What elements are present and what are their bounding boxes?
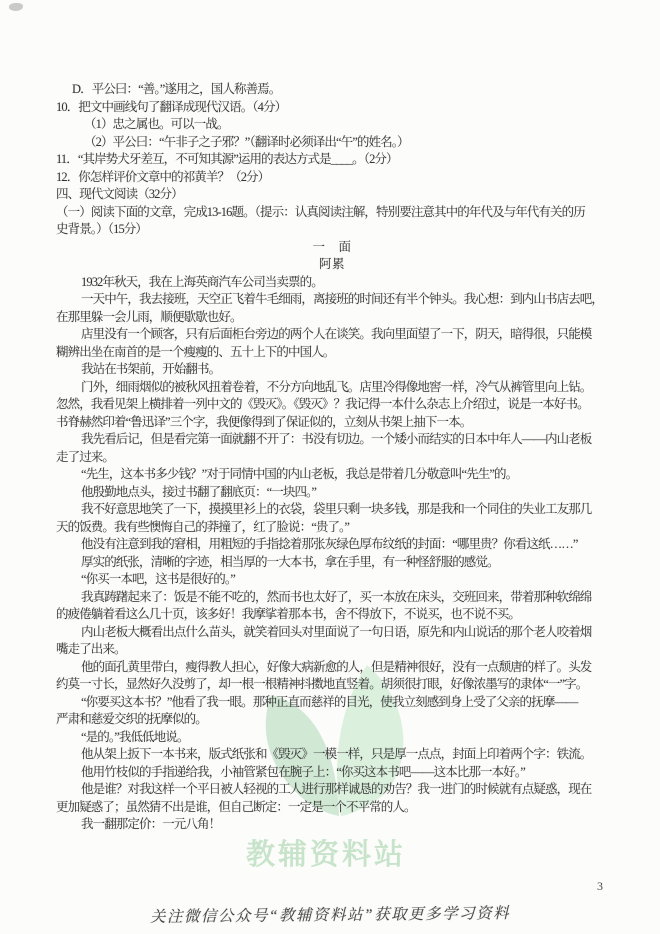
text-line: 他殷勤地点头，接过书翻了翻底页：“一块四。” bbox=[56, 484, 608, 502]
text-line: 他的面孔黄里带白，瘦得教人担心，好像大病新愈的人，但是精神很好，没有一点颓唐的样… bbox=[56, 659, 608, 677]
watermark-brand-text: 教辅资料站 bbox=[246, 832, 416, 873]
text-line: （2）平公曰：“午非子之子邪？”（翻译时必须译出“午”的姓名。） bbox=[56, 134, 608, 152]
text-line: 12．你怎样评价文章中的祁黄羊？（2分） bbox=[56, 169, 608, 187]
text-line: （一）阅读下面的文章，完成13-16题。（提示：认真阅读注解，特别要注意其中的年… bbox=[56, 204, 608, 222]
text-line: 约莫一寸长，显然好久没剪了，却一根一根精神抖擞地直竖着。胡须很打眼，好像浓墨写的… bbox=[56, 676, 608, 694]
text-line: 在那里躲一会儿雨，顺便歇歇也好。 bbox=[56, 309, 608, 327]
text-line: 阿累 bbox=[56, 256, 608, 274]
text-line: 的疲倦躺着看这么几十页，该多好！我摩挲着那本书，舍不得放下，不说买，也不说不买。 bbox=[56, 606, 608, 624]
text-line: 糊辨出坐在南首的是一个瘦瘦的、五十上下的中国人。 bbox=[56, 344, 608, 362]
text-line: 史背景。）（15分） bbox=[56, 221, 608, 239]
text-line: 一 面 bbox=[56, 239, 608, 257]
scan-artifact bbox=[9, 3, 23, 11]
text-line: 嘴走了出来。 bbox=[56, 641, 608, 659]
text-line: 他是谁？对我这样一个平日被人轻视的工人进行那样诚恳的劝告？我一进门的时候就有点疑… bbox=[56, 781, 608, 799]
footer-note: 关注微信公众号“教辅资料站”获取更多学习资料 bbox=[0, 900, 660, 929]
text-line: 1932年秋天，我在上海英商汽车公司当卖票的。 bbox=[56, 274, 608, 292]
text-line: 严肃和慈爱交织的抚摩似的。 bbox=[56, 711, 608, 729]
text-line: 更加疑惑了；虽然猜不出是谁，但自己断定：一定是一个不平常的人。 bbox=[56, 799, 608, 817]
text-line: 书脊赫然印着“鲁迅译”三个字，我便像得到了保证似的，立刻从书架上抽下一本。 bbox=[56, 414, 608, 432]
text-line: 忽然，我看见架上横排着一列中文的《毁灭》。《毁灭》？我记得一本什么杂志上介绍过，… bbox=[56, 396, 608, 414]
text-line: 天的饭费。我有些懊悔自己的莽撞了，红了脸说：“贵了。” bbox=[56, 519, 608, 537]
document-text: D．平公曰：“善。”遂用之，国人称善焉。10．把文中画线句了翻译成现代汉语。（4… bbox=[56, 81, 608, 834]
text-line: （1）忠之属也。可以一战。 bbox=[56, 116, 608, 134]
page-number: 3 bbox=[590, 879, 610, 894]
text-line: 门外，细雨烟似的被秋风扭着卷着，不分方向地乱飞。店里冷得像地窖一样，冷气从裤管里… bbox=[56, 379, 608, 397]
text-line: 我站在书架前，开始翻书。 bbox=[56, 361, 608, 379]
text-line: 内山老板大概看出点什么苗头，就笑着回头对里面说了一句日语，原先和内山说话的那个老… bbox=[56, 624, 608, 642]
text-line: 我先看后记，但是看完第一面就翻不开了：书没有切边。一个矮小而结实的日本中年人——… bbox=[56, 431, 608, 449]
text-line: 厚实的纸张，清晰的字迹，相当厚的一大本书，拿在手里，有一种怪舒服的感觉。 bbox=[56, 554, 608, 572]
text-line: “是的。”我低低地说。 bbox=[56, 729, 608, 747]
text-line: 他用竹枝似的手指递给我，小袖管紧包在腕子上：“你买这本书吧——这本比那一本好。” bbox=[56, 764, 608, 782]
exam-document-page: 教辅资料站 D．平公曰：“善。”遂用之，国人称善焉。10．把文中画线句了翻译成现… bbox=[0, 0, 660, 934]
text-line: “你要买这本书？”他看了我一眼。那种正直而慈祥的目光，使我立刻感到身上受了父亲的… bbox=[56, 694, 608, 712]
text-line: 店里没有一个顾客，只有后面柜台旁边的两个人在谈笑。我向里面望了一下，阴天，暗得很… bbox=[56, 326, 608, 344]
text-line: 四、现代文阅读（32分） bbox=[56, 186, 608, 204]
text-line: 他没有注意到我的窘相，用粗短的手指捻着那张灰绿色厚布纹纸的封面：“哪里贵？你看这… bbox=[56, 536, 608, 554]
text-line: D．平公曰：“善。”遂用之，国人称善焉。 bbox=[56, 81, 608, 99]
text-line: 10．把文中画线句了翻译成现代汉语。（4分） bbox=[56, 99, 608, 117]
text-line: “你买一本吧，这书是很好的。” bbox=[56, 571, 608, 589]
text-line: 我一翻那定价：一元八角！ bbox=[56, 816, 608, 834]
text-line: “先生，这本书多少钱？”对于同情中国的内山老板，我总是带着几分敬意叫“先生”的。 bbox=[56, 466, 608, 484]
text-line: 我真踌躇起来了：饭是不能不吃的，然而书也太好了，买一本放在床头，交班回来，带着那… bbox=[56, 589, 608, 607]
text-line: 一天中午，我去接班，天空正飞着牛毛细雨，离接班的时间还有半个钟头。我心想：到内山… bbox=[56, 291, 608, 309]
text-line: 走了过来。 bbox=[56, 449, 608, 467]
text-line: 他从架上扳下一本书来，版式纸张和《毁灭》一模一样，只是厚一点点，封面上印着两个字… bbox=[56, 746, 608, 764]
text-line: 我不好意思地笑了一下，摸摸里衫上的衣袋，袋里只剩一块多钱，那是我和一个同住的失业… bbox=[56, 501, 608, 519]
text-line: 11．“其岸势犬牙差互，不可知其源”运用的表达方式是____。（2分） bbox=[56, 151, 608, 169]
